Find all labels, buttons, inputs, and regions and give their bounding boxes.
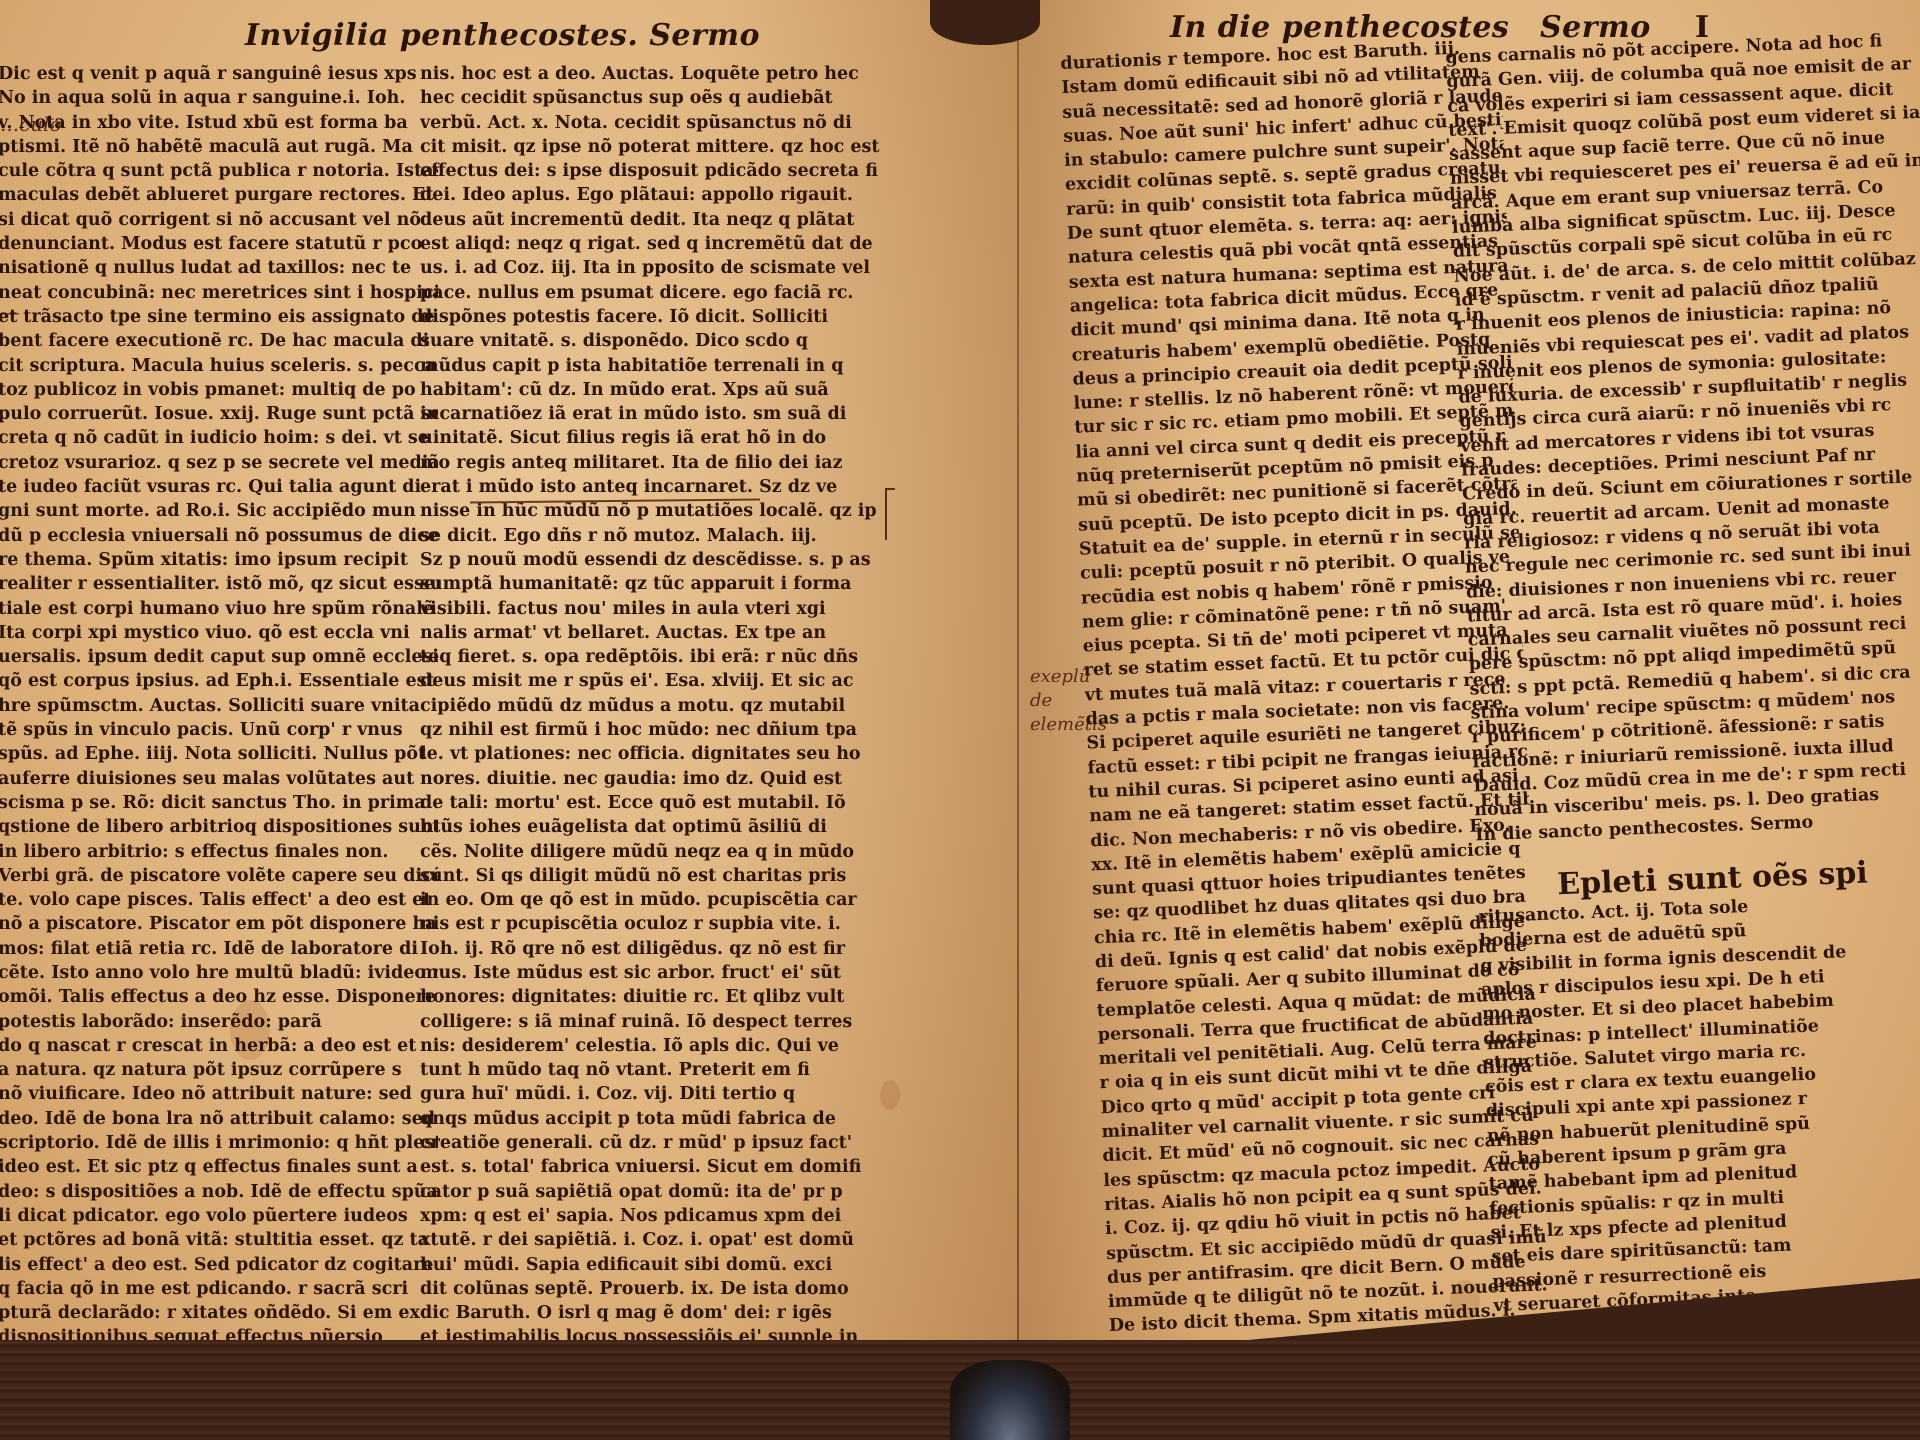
text-line: incarnatiõez iã erat in mũdo isto. sm su… — [420, 402, 880, 426]
text-line: btũs iohes euãgelista dat optimũ ãsiliũ … — [420, 815, 880, 839]
text-line: toz publicoz in vobis pmanet: multiq de … — [0, 378, 438, 402]
text-line: hec cecidit spũsanctus sup oẽs q audiebã… — [420, 86, 880, 110]
text-line: verbũ. Act. x. Nota. cecidit spũsanctus … — [420, 111, 880, 135]
text-line: spũs. ad Ephe. iiij. Nota solliciti. Nul… — [0, 742, 438, 766]
text-line: neat concubinã: nec meretrices sint i ho… — [0, 281, 438, 305]
text-line: Verbi grã. de piscatore volẽte capere se… — [0, 864, 438, 888]
text-line: deo. Idẽ de bona lra nõ attribuit calamo… — [0, 1107, 438, 1131]
text-line: colligere: s iã minaf ruinã. Iõ despect … — [420, 1010, 880, 1034]
text-line: creatiõe generali. cũ dz. r mũd' p ipsuz… — [420, 1131, 880, 1155]
right-page: In die penthecostes Sermo I exeplũ de el… — [1030, 0, 1920, 1360]
gutter-fold — [1017, 40, 1019, 1370]
text-line: cule cõtra q sunt pctã publica r notoria… — [0, 159, 438, 183]
text-line: denunciant. Modus est facere statutũ r p… — [0, 232, 438, 256]
text-line: pace. nullus em psumat dicere. ego faciã… — [420, 281, 880, 305]
text-line: deus misit me r spũs ei'. Esa. xlviij. E… — [420, 669, 880, 693]
handwritten-bracket — [885, 488, 895, 540]
text-line: potestis laborãdo: inserẽdo: parã — [0, 1010, 438, 1034]
spine-gap — [930, 0, 1040, 45]
text-line: cit misit. qz ipse nõ poterat mittere. q… — [420, 135, 880, 159]
text-line: realiter r essentialiter. istõ mõ, qz si… — [0, 572, 438, 596]
text-line: dit colũnas septẽ. Prouerb. ix. De ista … — [420, 1277, 880, 1301]
text-line: gni sunt morte. ad Ro.i. Sic accipiẽdo m… — [0, 499, 438, 523]
text-line: dic Baruth. O isrl q mag ẽ dom' dei: r i… — [420, 1301, 880, 1325]
text-line: tẽ spũs in vinculo pacis. Unũ corp' r vn… — [0, 718, 438, 742]
text-line: Ita corpi xpi mystico viuo. qõ est eccla… — [0, 621, 438, 645]
text-line: de tali: mortu' est. Ecce quõ est mutabi… — [420, 791, 880, 815]
text-line: cẽte. Isto anno volo hre multũ bladũ: iv… — [0, 961, 438, 985]
text-line: qstione de libero arbitrioq dispositione… — [0, 815, 438, 839]
text-line: cẽs. Nolite diligere mũdũ neqz ea q in m… — [420, 840, 880, 864]
text-line: erat i mũdo isto anteq incarnaret. Sz dz… — [420, 475, 880, 499]
text-line: dispõnes potestis facere. Iõ dicit. Soll… — [420, 305, 880, 329]
text-line: nis est r pcupiscẽtia oculoz r supbia vi… — [420, 912, 880, 936]
text-line: sumptã humanitatẽ: qz tũc apparuit i for… — [420, 572, 880, 596]
text-line: v. Nota in xbo vite. Istud xbũ est forma… — [0, 111, 438, 135]
left-page: Invigilia penthecostes. Sermo ...culo — … — [0, 0, 1030, 1360]
text-line: habitam': cũ dz. In mũdo erat. Xps aũ su… — [420, 378, 880, 402]
text-line: nores. diuitie. nec gaudia: imo dz. Quid… — [420, 767, 880, 791]
text-line: Ioh. ij. Rõ qre nõ est diligẽdus. qz nõ … — [420, 937, 880, 961]
text-line: deo: s dispositiões a nob. Idẽ de effect… — [0, 1180, 438, 1204]
text-line: ptismi. Itẽ nõ habẽtẽ maculã aut rugã. M… — [0, 135, 438, 159]
text-line: suare vnitatẽ. s. disponẽdo. Dico scdo q — [420, 329, 880, 353]
text-line: est aliqd: neqz q rigat. sed q incremẽtũ… — [420, 232, 880, 256]
text-line: visibili. factus nou' miles in aula vter… — [420, 597, 880, 621]
text-line: maculas debẽt ablueret purgare rectores.… — [0, 183, 438, 207]
text-line: No in aqua solũ in aqua r sanguine.i. Io… — [0, 86, 438, 110]
text-line: pturã declarãdo: r xitates oñdẽdo. Si em… — [0, 1301, 438, 1325]
text-line: deus aũt incrementũ dedit. Ita neqz q pl… — [420, 208, 880, 232]
text-line: effectus dei: s ipse disposuit pdicãdo s… — [420, 159, 880, 183]
text-line: est. s. total' fabrica vniuersi. Sicut e… — [420, 1155, 880, 1179]
text-line: Dic est q venit p aquã r sanguinê iesus … — [0, 62, 438, 86]
text-line: qnqs mũdus accipit p tota mũdi fabrica d… — [420, 1107, 880, 1131]
left-column-2: nis. hoc est a deo. Auctas. Loquẽte petr… — [420, 62, 880, 1350]
text-line: Sz p nouũ modũ essendi dz descẽdisse. s.… — [420, 548, 880, 572]
text-line: cretoz vsurarioz. q sez p se secrete vel… — [0, 451, 438, 475]
text-line: uinitatẽ. Sicut filius regis iã erat hõ … — [420, 426, 880, 450]
text-line: teq fieret. s. opa redẽptõis. ibi erã: r… — [420, 645, 880, 669]
text-line: te. volo cape pisces. Talis effect' a de… — [0, 888, 438, 912]
text-line: mos: filat etiã retia rc. Idẽ de laborat… — [0, 937, 438, 961]
left-column-1: Dic est q venit p aquã r sanguinê iesus … — [0, 62, 438, 1350]
text-line: uersalis. ipsum dedit caput sup omnẽ ecc… — [0, 645, 438, 669]
text-line: cipiẽdo mũdũ dz mũdus a motu. qz mutabil — [420, 694, 880, 718]
text-line: nis: desiderem' celestia. Iõ apls dic. Q… — [420, 1034, 880, 1058]
text-line: hui' mũdi. Sapia edificauit sibi domũ. e… — [420, 1253, 880, 1277]
text-line: re thema. Spũm xitatis: imo ipsum recipi… — [0, 548, 438, 572]
text-line: nis. hoc est a deo. Auctas. Loquẽte petr… — [420, 62, 880, 86]
text-line: do q nascat r crescat in herbã: a deo es… — [0, 1034, 438, 1058]
text-line: dei. Ideo aplus. Ego plãtaui: appollo ri… — [420, 183, 880, 207]
text-line: et trãsacto tpe sine termino eis assigna… — [0, 305, 438, 329]
stain — [880, 1080, 900, 1110]
text-line: mus. Iste mũdus est sic arbor. fruct' ei… — [420, 961, 880, 985]
text-line: et pctõres ad bonã vitã: stultitia esset… — [0, 1228, 438, 1252]
text-line: q facia qõ in me est pdicando. r sacrã s… — [0, 1277, 438, 1301]
running-head-left: Invigilia penthecostes. Sermo — [245, 18, 760, 53]
text-line: li dicat pdicator. ego volo pũertere iud… — [0, 1204, 438, 1228]
text-line: te iudeo faciũt vsuras rc. Qui talia agu… — [0, 475, 438, 499]
text-line: in libero arbitrio: s effectus finales n… — [0, 840, 438, 864]
text-line: ideo est. Et sic ptz q effectus finales … — [0, 1155, 438, 1179]
text-line: scisma p se. Rõ: dicit sanctus Tho. in p… — [0, 791, 438, 815]
text-line: auferre diuisiones seu malas volũtates a… — [0, 767, 438, 791]
text-line: pulo corruerũt. Iosue. xxij. Ruge sunt p… — [0, 402, 438, 426]
text-line: creta q nõ cadũt in iudicio hoim: s dei.… — [0, 426, 438, 450]
text-line: honores: dignitates: diuitie rc. Et qlib… — [420, 985, 880, 1009]
right-column-2: gens carnalis nõ põt accipere. Nota ad h… — [1445, 27, 1920, 1343]
text-line: cit scriptura. Macula huius sceleris. s.… — [0, 354, 438, 378]
text-line: si dicat quõ corrigent si nõ accusant ve… — [0, 208, 438, 232]
text-line: scriptorio. Idẽ de illis i mrimonio: q h… — [0, 1131, 438, 1155]
text-line: qz nihil est firmũ i hoc mũdo: nec dñium… — [420, 718, 880, 742]
text-line: xtutẽ. r dei sapiẽtiã. i. Coz. i. opat' … — [420, 1228, 880, 1252]
spine-opening — [950, 1360, 1070, 1440]
text-line: hre spũmsctm. Auctas. Solliciti suare vn… — [0, 694, 438, 718]
text-line: nõ a piscatore. Piscator em põt disponer… — [0, 912, 438, 936]
text-line: a natura. qz natura põt ipsuz corrũpere … — [0, 1058, 438, 1082]
text-line: nisationẽ q nullus ludat ad taxillos: ne… — [0, 256, 438, 280]
text-line: in eo. Om qe qõ est in mũdo. pcupiscẽtia… — [420, 888, 880, 912]
text-line: cator p suã sapiẽtiã opat domũ: ita de' … — [420, 1180, 880, 1204]
text-line: mo regis anteq militaret. Ita de filio d… — [420, 451, 880, 475]
text-line: lis effect' a deo est. Sed pdicator dz c… — [0, 1253, 438, 1277]
text-line: le. vt plationes: nec officia. dignitate… — [420, 742, 880, 766]
text-line: us. i. ad Coz. iij. Ita in pposito de sc… — [420, 256, 880, 280]
text-line: nõ viuificare. Ideo nõ attribuit nature:… — [0, 1082, 438, 1106]
text-line: dũ p ecclesia vniuersali nõ possumus de … — [0, 524, 438, 548]
text-line: xpm: q est ei' sapia. Nos pdicamus xpm d… — [420, 1204, 880, 1228]
text-line: omõi. Talis effectus a deo hz esse. Disp… — [0, 985, 438, 1009]
text-line: tiale est corpi humano viuo hre spũm rõn… — [0, 597, 438, 621]
text-line: qõ est corpus ipsius. ad Eph.i. Essentia… — [0, 669, 438, 693]
text-line: mũdus capit p ista habitatiõe terrenali … — [420, 354, 880, 378]
text-line: gura huĩ' mũdi. i. Coz. vij. Diti tertio… — [420, 1082, 880, 1106]
text-line: bent facere executionẽ rc. De hac macula… — [0, 329, 438, 353]
text-line: nalis armat' vt bellaret. Auctas. Ex tpe… — [420, 621, 880, 645]
text-line: tunt h mũdo taq nõ vtant. Preterit em fi — [420, 1058, 880, 1082]
text-line: se dicit. Ego dñs r nõ mutoz. Malach. ii… — [420, 524, 880, 548]
text-line: sunt. Si qs diligit mũdũ nõ est charitas… — [420, 864, 880, 888]
